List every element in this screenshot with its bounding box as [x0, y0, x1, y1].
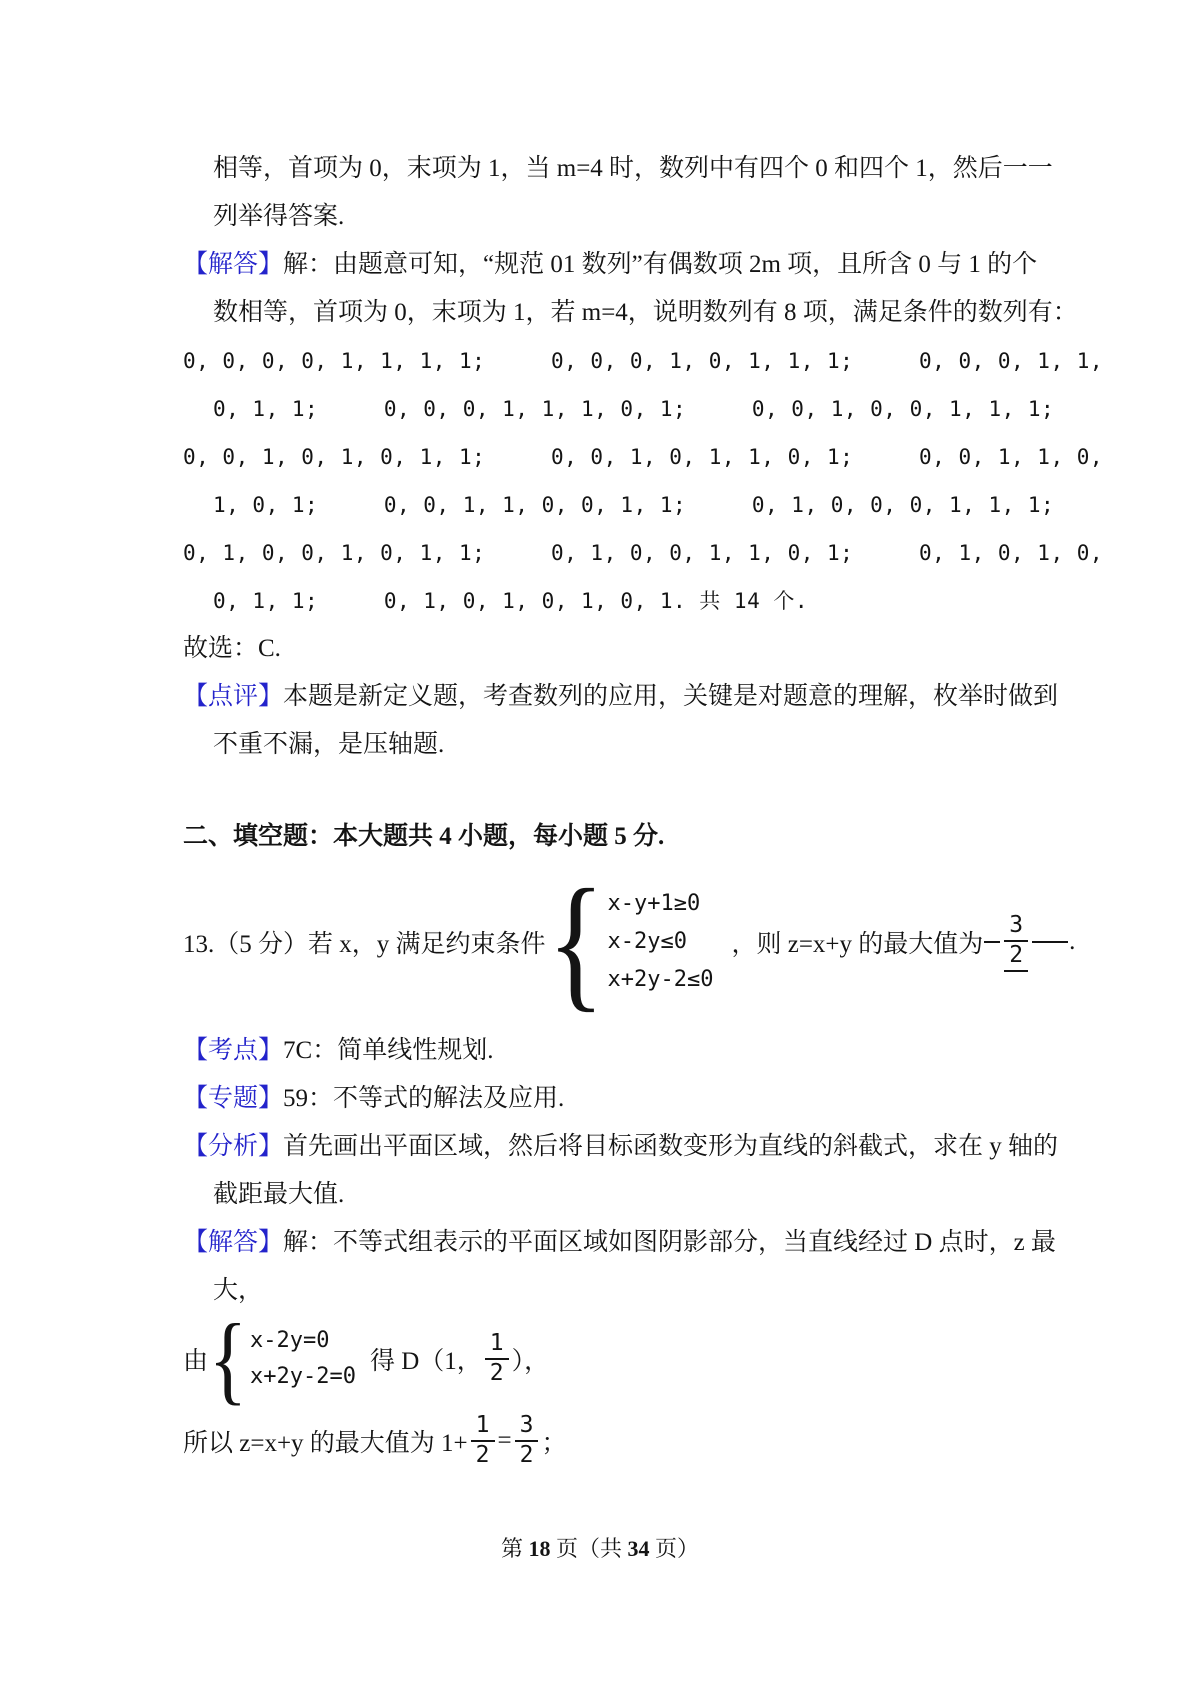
equation-rows: x-2y=0 x+2y-2=0 — [250, 1323, 356, 1395]
kaodian-line: 【考点】7C：简单线性规划. — [183, 1027, 1083, 1075]
fenxi-label: 【分析】 — [183, 1133, 283, 1160]
kaodian-text: 7C：简单线性规划. — [283, 1037, 493, 1064]
footer-page-number: 18 — [528, 1536, 550, 1561]
answer-fraction: 32 — [1004, 912, 1028, 971]
answer-denominator: 2 — [1004, 942, 1028, 972]
constraint-system: { x-y+1≥0 x-2y≤0 x+2y-2≤0 — [546, 875, 714, 1010]
analysis-block: 【考点】7C：简单线性规划. 【专题】59：不等式的解法及应用. 【分析】首先画… — [183, 1027, 1083, 1315]
sequence-line: 0, 0, 1, 0, 1, 0, 1, 1; 0, 0, 1, 0, 1, 1… — [183, 433, 1083, 481]
equation-system-line: 由 { x-2y=0 x+2y-2=0 得 D（1， 12 ）， — [183, 1315, 1083, 1403]
sequence-line: 0, 1, 1; 0, 1, 0, 1, 0, 1, 0, 1. 共 14 个. — [183, 577, 1083, 625]
question-13-period: . — [1069, 928, 1075, 956]
question-13-line: 13.（5 分）若 x，y 满足约束条件 { x-y+1≥0 x-2y≤0 x+… — [183, 867, 1083, 1017]
final-result-line: 所以 z=x+y 的最大值为 1+ 12 = 32 ； — [183, 1403, 1083, 1479]
footer-text: 页（共 — [550, 1536, 627, 1561]
system-suffix: ）， — [512, 1341, 550, 1377]
constraint-3: x+2y-2≤0 — [608, 961, 714, 999]
footer-text: 页） — [650, 1536, 700, 1561]
solution-continuation-line: 列举得答案. — [183, 193, 1083, 241]
left-brace: { — [209, 1314, 247, 1404]
sequence-line: 0, 0, 0, 0, 1, 1, 1, 1; 0, 0, 0, 1, 0, 1… — [183, 337, 1083, 385]
constraint-2: x-2y≤0 — [608, 923, 714, 961]
dianping-line: 【点评】本题是新定义题，考查数列的应用，关键是对题意的理解，枚举时做到 — [183, 673, 1083, 721]
zhuanti-text: 59：不等式的解法及应用. — [283, 1085, 564, 1112]
equals-sign: = — [498, 1427, 512, 1455]
constraint-rows: x-y+1≥0 x-2y≤0 x+2y-2≤0 — [608, 885, 714, 999]
answer-choice-line: 故选：C. — [183, 625, 1083, 673]
page-footer: 第 18 页（共 34 页） — [0, 1534, 1200, 1564]
jieda2-text: 解：不等式组表示的平面区域如图阴影部分，当直线经过 D 点时，z 最 — [283, 1229, 1056, 1256]
answer-underline-left — [984, 941, 1000, 943]
equation-1: x-2y=0 — [250, 1323, 356, 1359]
constraint-1: x-y+1≥0 — [608, 885, 714, 923]
point-d-fraction: 12 — [485, 1330, 509, 1387]
final-suffix: ； — [541, 1423, 566, 1459]
equation-system: { x-2y=0 x+2y-2=0 — [208, 1314, 356, 1404]
document-content: 相等，首项为 0，末项为 1，当 m=4 时，数列中有四个 0 和四个 1，然后… — [183, 145, 1083, 1479]
dianping-label: 【点评】 — [183, 683, 283, 710]
equation-2: x+2y-2=0 — [250, 1359, 356, 1395]
system-mid: 得 D（1， — [370, 1341, 482, 1377]
question-13-mid: ，则 z=x+y 的最大值为 — [731, 924, 983, 960]
fraction-numerator: 1 — [471, 1412, 495, 1442]
final-prefix: 所以 z=x+y 的最大值为 1+ — [183, 1423, 468, 1459]
kaodian-label: 【考点】 — [183, 1037, 283, 1064]
system-prefix: 由 — [183, 1341, 208, 1377]
solution-continuation-line: 数相等，首项为 0，末项为 1，若 m=4，说明数列有 8 项，满足条件的数列有… — [183, 289, 1083, 337]
fraction-denominator: 2 — [471, 1442, 495, 1470]
fenxi-continuation-line: 截距最大值. — [183, 1171, 1083, 1219]
sequence-line: 1, 0, 1; 0, 0, 1, 1, 0, 0, 1, 1; 0, 1, 0… — [183, 481, 1083, 529]
answer-underline-right — [1032, 941, 1068, 943]
zhuanti-label: 【专题】 — [183, 1085, 283, 1112]
dianping-text: 本题是新定义题，考查数列的应用，关键是对题意的理解，枚举时做到 — [283, 683, 1058, 710]
fenxi-text: 首先画出平面区域，然后将目标函数变形为直线的斜截式，求在 y 轴的 — [283, 1133, 1058, 1160]
jieda-line: 【解答】解：由题意可知，“规范 01 数列”有偶数项 2m 项，且所含 0 与 … — [183, 241, 1083, 289]
answer-numerator: 3 — [1004, 912, 1028, 942]
three-halves-fraction: 32 — [515, 1412, 539, 1469]
fraction-numerator: 1 — [485, 1330, 509, 1360]
left-brace: { — [547, 875, 605, 1010]
jieda2-continuation-line: 大， — [183, 1267, 1083, 1315]
footer-total-pages: 34 — [628, 1536, 650, 1561]
fenxi-line: 【分析】首先画出平面区域，然后将目标函数变形为直线的斜截式，求在 y 轴的 — [183, 1123, 1083, 1171]
document-page: 相等，首项为 0，末项为 1，当 m=4 时，数列中有四个 0 和四个 1，然后… — [0, 0, 1200, 1698]
question-13-prefix: 13.（5 分）若 x，y 满足约束条件 — [183, 924, 546, 960]
jieda-text: 解：由题意可知，“规范 01 数列”有偶数项 2m 项，且所含 0 与 1 的个 — [283, 251, 1037, 278]
section-heading: 二、填空题：本大题共 4 小题，每小题 5 分. — [183, 813, 1083, 861]
fraction-numerator: 3 — [515, 1412, 539, 1442]
jieda-label: 【解答】 — [183, 1229, 283, 1256]
fraction-denominator: 2 — [485, 1360, 509, 1388]
fraction-denominator: 2 — [515, 1442, 539, 1470]
zhuanti-line: 【专题】59：不等式的解法及应用. — [183, 1075, 1083, 1123]
comment-continuation-line: 不重不漏，是压轴题. — [183, 721, 1083, 769]
solution-continuation-line: 相等，首项为 0，末项为 1，当 m=4 时，数列中有四个 0 和四个 1，然后… — [183, 145, 1083, 193]
jieda-label: 【解答】 — [183, 251, 283, 278]
footer-text: 第 — [501, 1536, 529, 1561]
jieda2-line: 【解答】解：不等式组表示的平面区域如图阴影部分，当直线经过 D 点时，z 最 — [183, 1219, 1083, 1267]
half-fraction: 12 — [471, 1412, 495, 1469]
sequence-line: 0, 1, 0, 0, 1, 0, 1, 1; 0, 1, 0, 0, 1, 1… — [183, 529, 1083, 577]
sequence-line: 0, 1, 1; 0, 0, 0, 1, 1, 1, 0, 1; 0, 0, 1… — [183, 385, 1083, 433]
